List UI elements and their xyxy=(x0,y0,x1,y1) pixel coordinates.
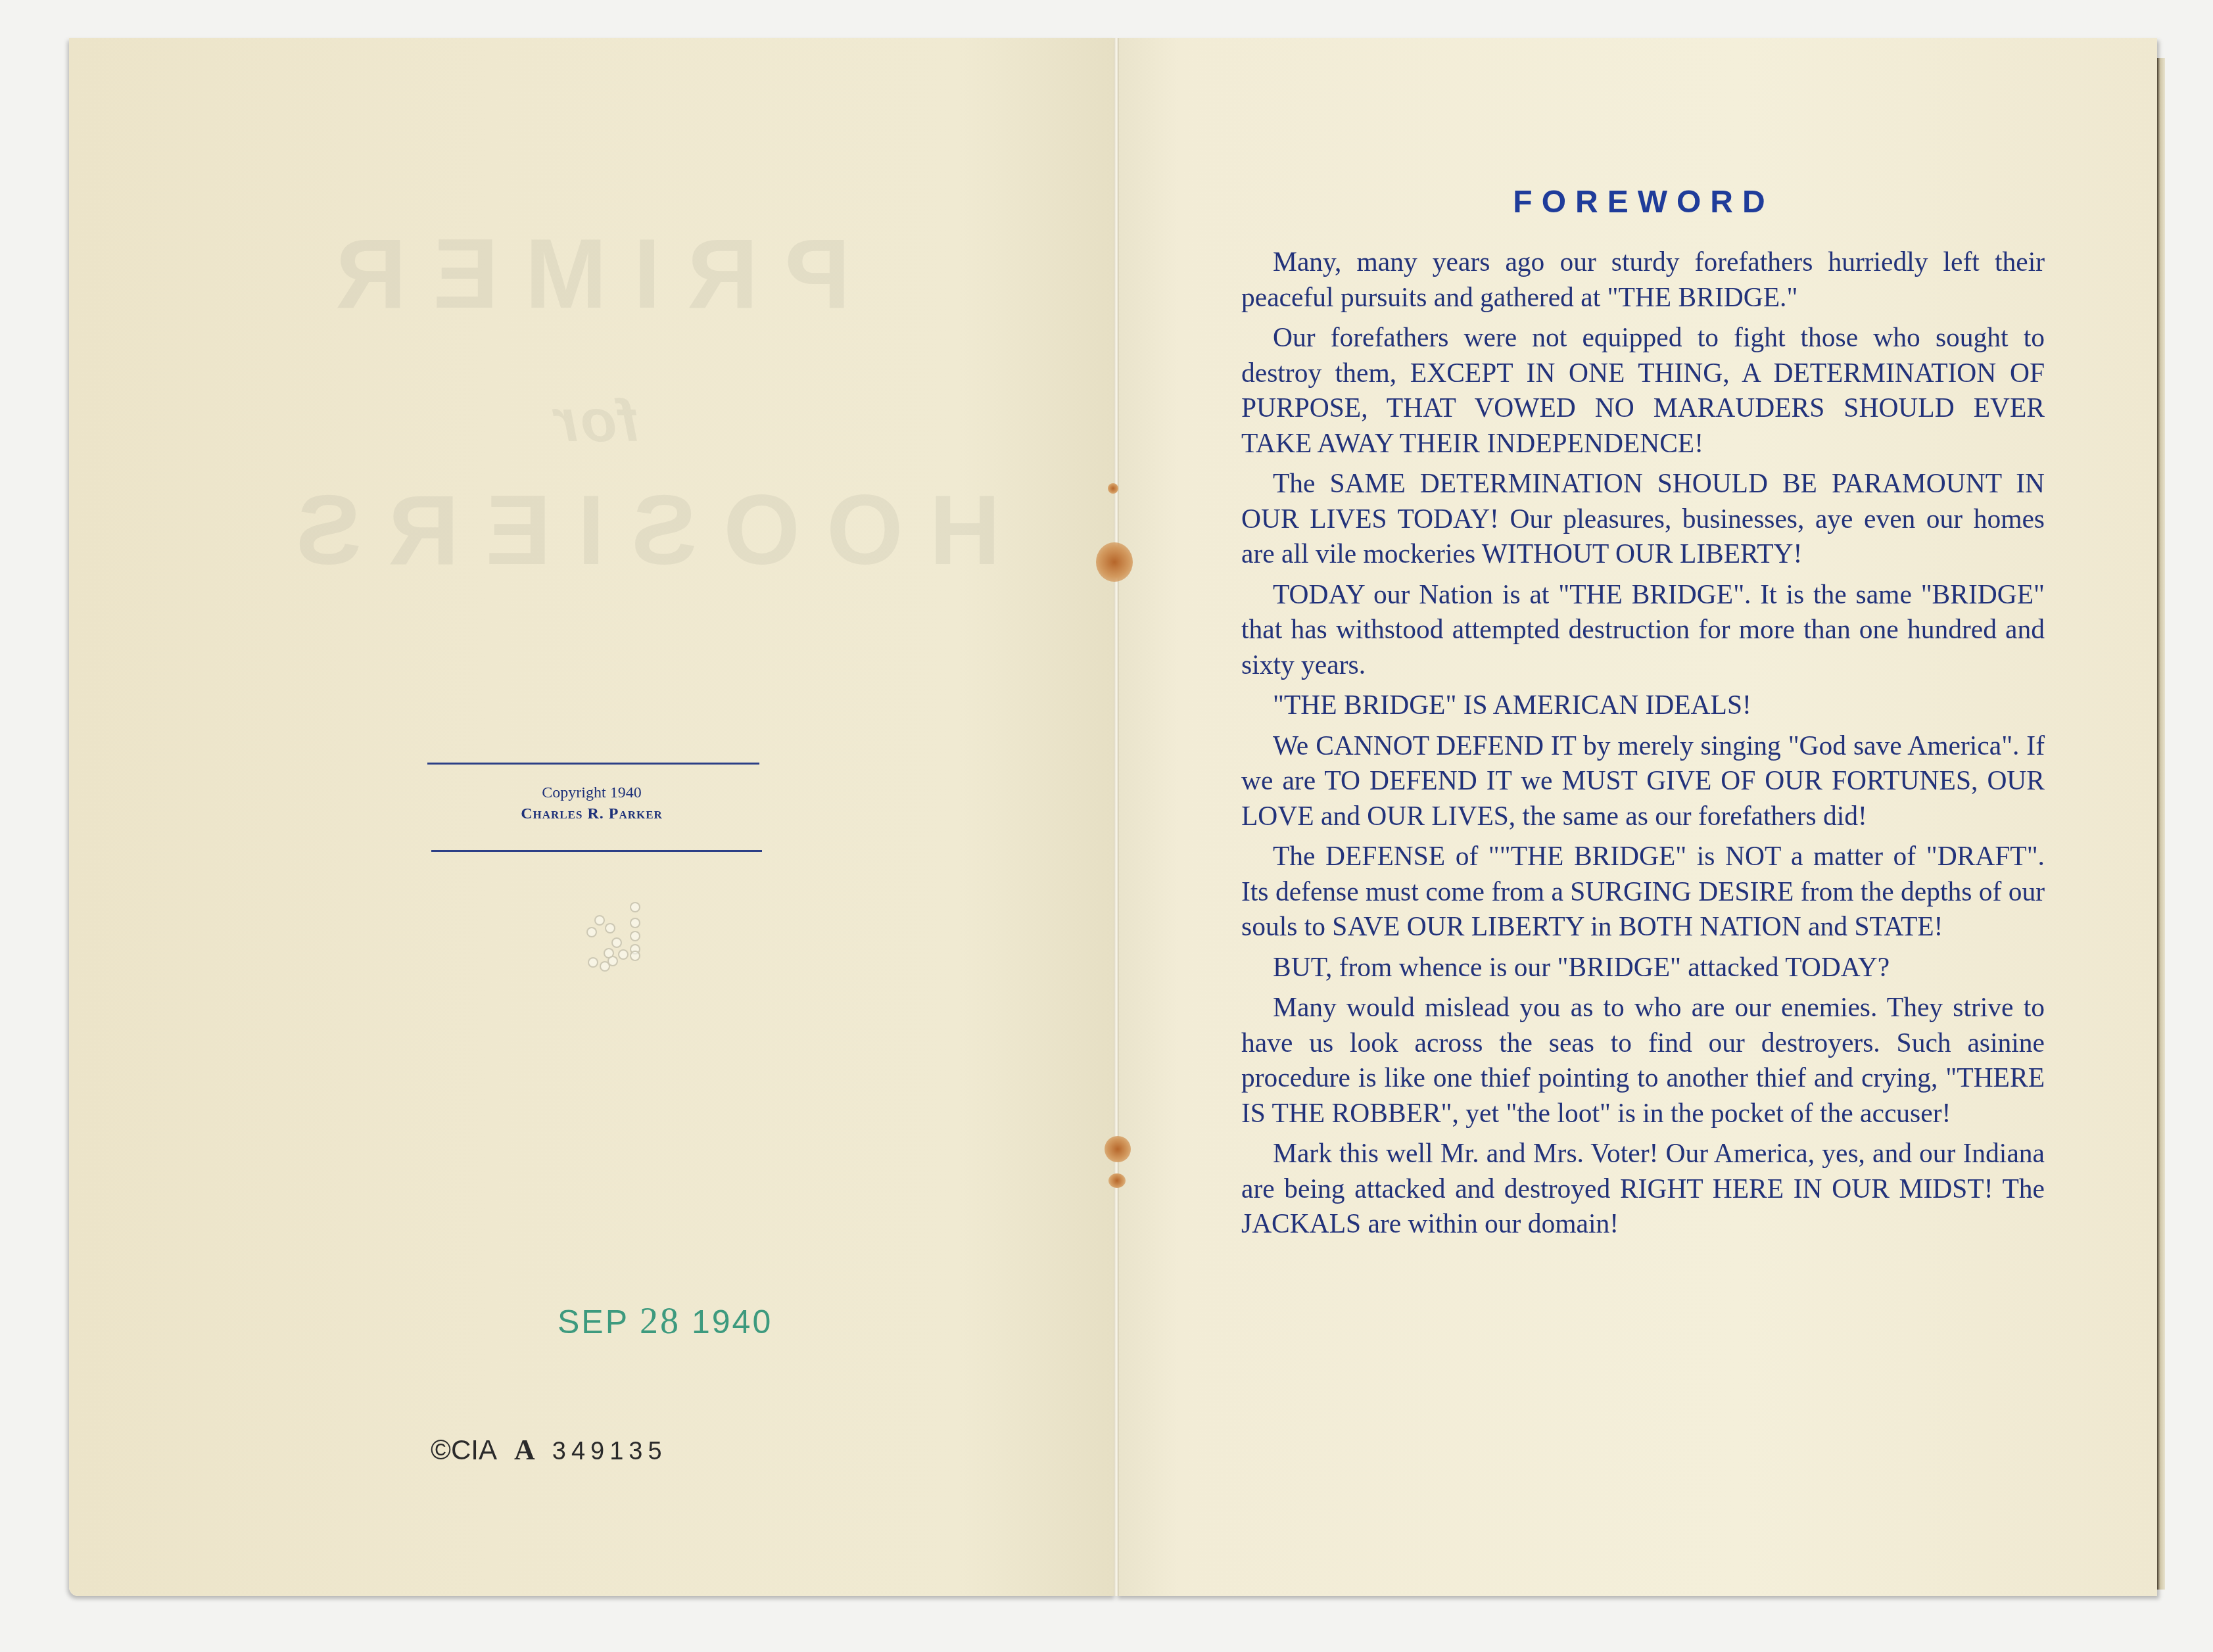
open-booklet: PRIMER for HOOSIERS Copyright 1940 Charl… xyxy=(0,0,2213,1652)
copyright-registration-stamp: ©CIAA349135 xyxy=(431,1433,667,1467)
show-through-title-1: PRIMER xyxy=(309,217,850,331)
rust-stain-lower-small xyxy=(1108,1173,1126,1188)
stamp-month: SEP xyxy=(558,1304,629,1340)
rust-stain-upper-staple xyxy=(1096,542,1133,582)
rust-stain-upper-small xyxy=(1108,483,1118,494)
registration-prefix: ©CIA xyxy=(431,1434,497,1465)
foreword-paragraph: BUT, from whence is our "BRIDGE" attacke… xyxy=(1241,950,2045,985)
foreword-paragraph: We CANNOT DEFEND IT by merely singing "G… xyxy=(1241,728,2045,834)
registration-number: 349135 xyxy=(552,1438,667,1465)
foreword-heading: FOREWORD xyxy=(1243,184,2045,220)
registration-class: A xyxy=(514,1434,535,1466)
copyright-rule-top xyxy=(427,763,759,765)
foreword-paragraph: Our forefathers were not equipped to fig… xyxy=(1241,320,2045,461)
foreword-paragraph: The DEFENSE of ""THE BRIDGE" is NOT a ma… xyxy=(1241,839,2045,945)
stamp-year: 1940 xyxy=(692,1304,773,1340)
foreword-paragraph: The SAME DETERMINATION SHOULD BE PARA­MO… xyxy=(1241,466,2045,572)
stamp-day: 28 xyxy=(640,1301,680,1342)
foreword-paragraph: Mark this well Mr. and Mrs. Voter! Our A… xyxy=(1241,1136,2045,1242)
received-date-stamp: SEP 28 1940 xyxy=(558,1300,773,1342)
foreword-paragraph: Many, many years ago our sturdy forefath… xyxy=(1241,245,2045,315)
foreword-body: Many, many years ago our sturdy forefath… xyxy=(1241,245,2045,1247)
page-edges xyxy=(2157,58,2165,1590)
copyright-author: Charles R. Parker xyxy=(427,803,756,824)
rust-stain-lower-staple xyxy=(1105,1136,1131,1162)
foreword-paragraph: "THE BRIDGE" IS AMERICAN IDEALS! xyxy=(1241,688,2045,723)
show-through-title-2: for xyxy=(552,388,639,456)
copyright-rule-bottom xyxy=(431,850,762,852)
foreword-paragraph: Many would mislead you as to who are our… xyxy=(1241,990,2045,1131)
spine-fold xyxy=(1114,38,1119,1596)
copyright-notice: Copyright 1940 Charles R. Parker xyxy=(427,782,756,824)
show-through-title-3: HOOSIERS xyxy=(270,473,1001,587)
copyright-year: Copyright 1940 xyxy=(427,782,756,803)
foreword-paragraph: TODAY our Nation is at "THE BRIDGE". It … xyxy=(1241,577,2045,683)
